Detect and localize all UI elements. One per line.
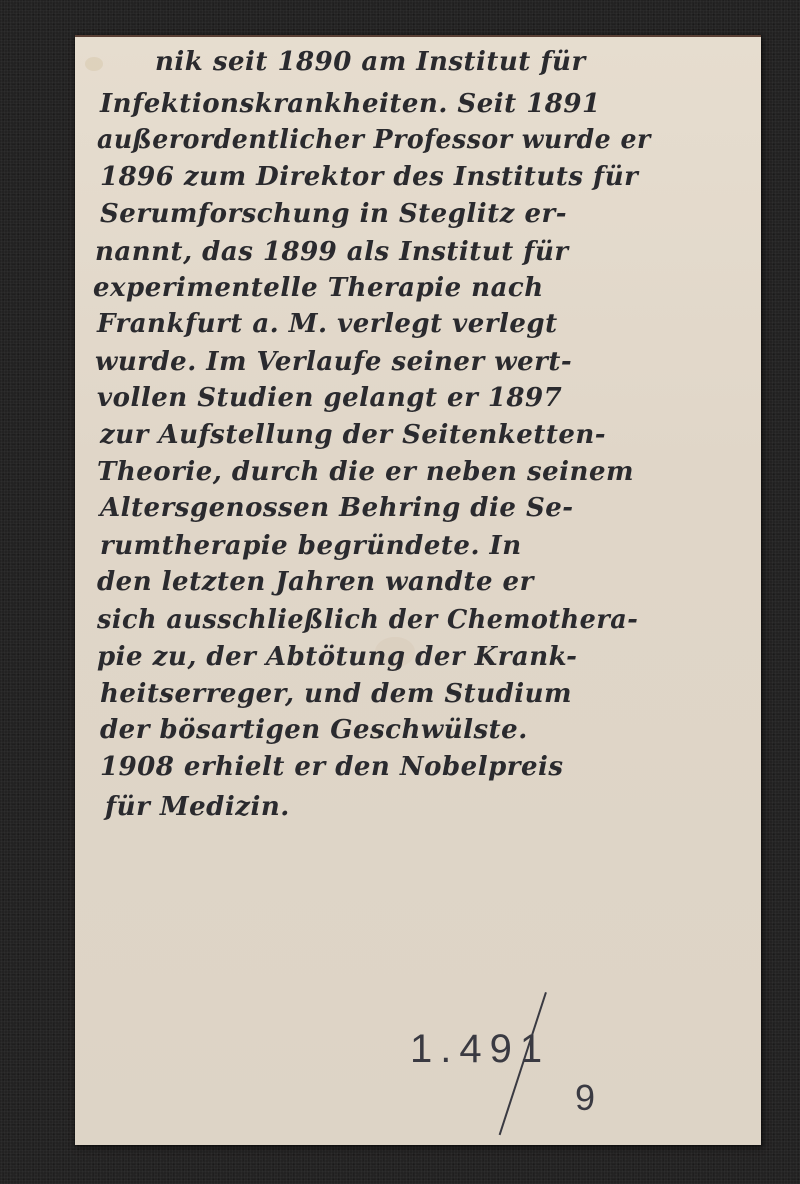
paper-stain [85,57,103,71]
text-line: Altersgenossen Behring die Se- [100,493,574,523]
text-line: 1908 erhielt er den Nobelpreis [100,752,564,782]
text-line: nik seit 1890 am Institut für [155,47,586,77]
text-line: rumtherapie begründete. In [100,531,522,561]
text-line: für Medizin. [105,792,290,822]
text-line: Frankfurt a. M. verlegt verlegt [97,309,558,339]
text-line: wurde. Im Verlaufe seiner wert- [95,347,572,377]
text-line: Serumforschung in Steglitz er- [100,199,567,229]
text-line: nannt, das 1899 als Institut für [95,237,569,267]
text-line: den letzten Jahren wandte er [97,567,534,597]
text-line: pie zu, der Abtötung der Krank- [97,642,577,672]
shelfmark-number: 1.491 [410,1027,550,1072]
text-line: experimentelle Therapie nach [93,273,544,303]
text-line: sich ausschließlich der Chemothera- [97,605,638,635]
text-line: Infektionskrankheiten. Seit 1891 [100,89,601,119]
text-line: der bösartigen Geschwülste. [100,715,528,745]
text-line: vollen Studien gelangt er 1897 [97,383,562,413]
text-line: Theorie, durch die er neben seinem [97,457,634,487]
text-line: zur Aufstellung der Seitenketten- [100,420,606,450]
index-card: nik seit 1890 am Institut für Infektions… [75,35,761,1145]
text-line: 1896 zum Direktor des Instituts für [100,162,638,192]
text-line: heitserreger, und dem Studium [100,679,572,709]
text-line: außerordentlicher Professor wurde er [97,125,651,155]
shelfmark-sub: 9 [575,1077,595,1119]
